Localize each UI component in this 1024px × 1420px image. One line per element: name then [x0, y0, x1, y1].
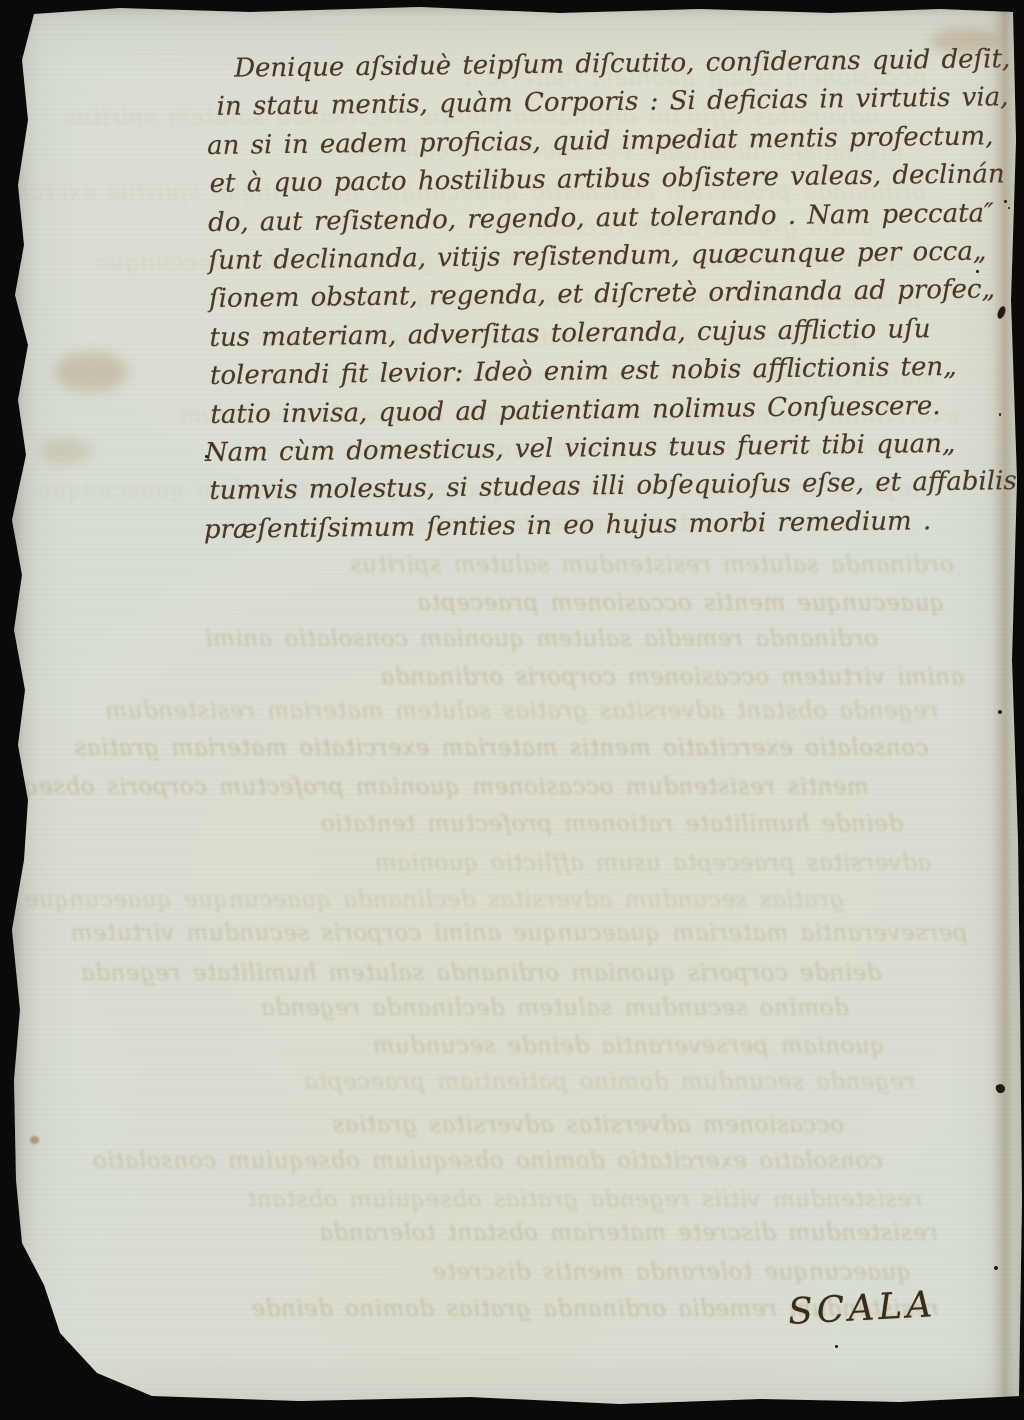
show-through-line: occasionem adversitas adversitas gratias: [332, 1112, 844, 1138]
show-through-line: quoniam perseverantia deinde secundum: [372, 1033, 885, 1059]
ink-speck: [998, 710, 1002, 714]
show-through-line: resistendum vitiis regenda gratias obseq…: [247, 1187, 923, 1213]
show-through-line: perseverantia materiam quaecunque animi …: [70, 920, 968, 946]
show-through-line: resistendum discrete materiam obstant to…: [319, 1220, 938, 1246]
ink-speck: [976, 270, 979, 273]
signature-scala: SCALA: [787, 1284, 937, 1333]
show-through-line: mentis resistendum occasionem quoniam pr…: [0, 774, 869, 800]
show-through-line: gratias secundum adversitas declinanda q…: [24, 887, 844, 913]
left-torn-edge-shading: [0, 0, 26, 1420]
manuscript-text: Denique aſsiduè teipſum diſcutito, conſi…: [206, 40, 1012, 549]
ink-speck: [994, 1266, 998, 1270]
show-through-line: deinde humilitate rationem profectum ten…: [320, 811, 903, 837]
show-through-line: regenda secundum domino patientiam praec…: [303, 1069, 915, 1095]
show-through-line: adversitas praecepta usum afflictio quon…: [374, 850, 931, 876]
ink-speck: [1008, 207, 1010, 209]
show-through-line: quaecunque toleranda mentis discrete: [432, 1259, 911, 1285]
show-through-line: animi virtutem occasionem corporis ordin…: [380, 664, 964, 690]
show-through-line: domino secundum salutem declinanda regen…: [261, 995, 849, 1021]
ink-speck: [205, 455, 208, 458]
show-through-line: regenda obstant adversitas gratias salut…: [105, 698, 939, 724]
show-through-line: ordinanda remedia salutem quoniam consol…: [205, 626, 878, 652]
ink-speck: [999, 413, 1001, 416]
show-through-line: consolatio exercitatio domino obsequium …: [92, 1148, 882, 1174]
paper-stain: [40, 438, 92, 464]
show-through-line: consolatio exercitatio mentis materiam e…: [74, 735, 928, 761]
manuscript-page: occasionem usum quoniam materiamadversit…: [0, 0, 1024, 1420]
show-through-line: quaecunque mentis occasionem praecepta: [417, 590, 945, 616]
ink-speck: [1004, 200, 1007, 203]
paper-stain: [30, 1136, 39, 1144]
top-edge-shading: [0, 0, 1024, 16]
show-through-line: deinde corporis quoniam ordinanda salute…: [81, 960, 882, 986]
show-through-line: ordinanda salutem resistendum salutem sp…: [349, 552, 953, 578]
photo-background: occasionem usum quoniam materiamadversit…: [0, 0, 1024, 1420]
ink-speck: [835, 1345, 838, 1348]
paper-stain: [55, 352, 127, 392]
